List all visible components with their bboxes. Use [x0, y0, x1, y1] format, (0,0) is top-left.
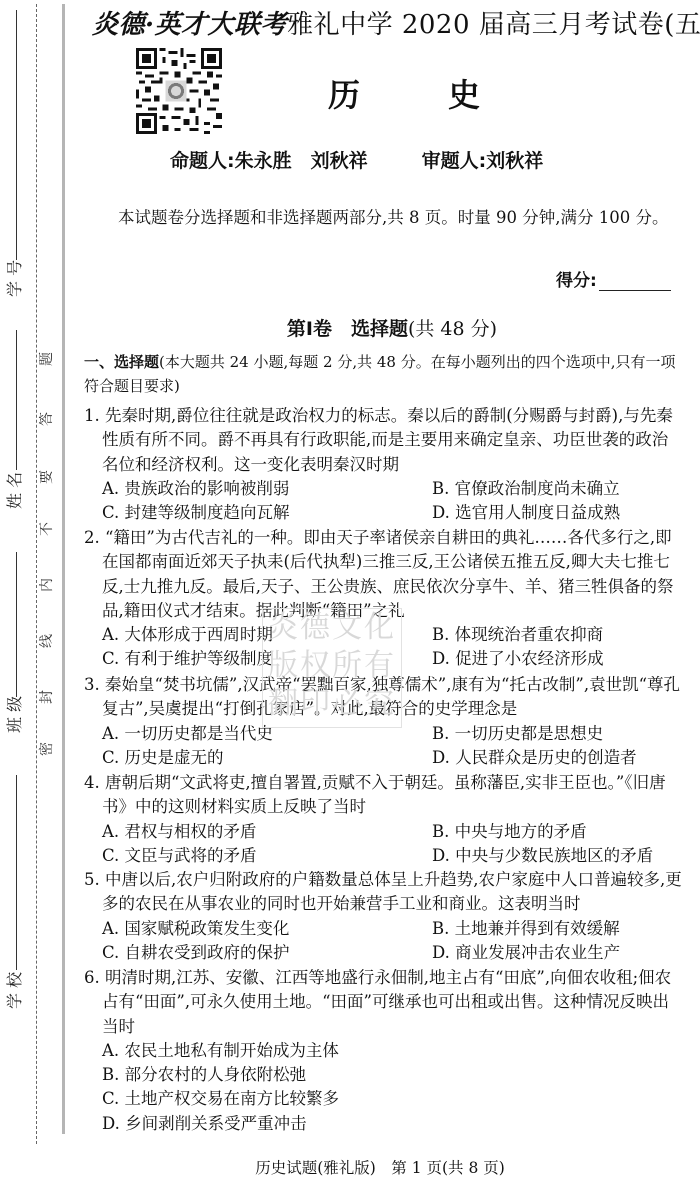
qr-code-icon	[136, 48, 222, 134]
question-stem: 1. 先秦时期,爵位往往就是政治权力的标志。秦以后的爵制(分赐爵与封爵),与先秦…	[84, 404, 684, 477]
subject-char: 史	[448, 70, 480, 116]
option-b: B. 体现统治者重农抑商	[432, 623, 700, 647]
option-c: C. 自耕农受到政府的保护	[102, 941, 432, 965]
seal-char: 密	[40, 740, 54, 758]
option-d: D. 商业发展冲击农业生产	[432, 941, 700, 965]
field-line-class	[16, 552, 17, 697]
field-line-name	[16, 330, 17, 470]
watermark-line: 炎德文化	[263, 609, 401, 647]
cut-line	[36, 4, 37, 1144]
watermark-line: 版权所有	[263, 647, 401, 685]
question-stem: 5. 中唐以后,农户归附政府的户籍数量总体呈上升趋势,农户家庭中人口普遍较多,更…	[84, 868, 684, 917]
option-b: B. 中央与地方的矛盾	[432, 820, 700, 844]
binding-border	[62, 4, 65, 1134]
option-d: D. 选官用人制度日益成熟	[432, 501, 700, 525]
option-a: A. 君权与相权的矛盾	[102, 820, 432, 844]
reviewer-names: 审题人:刘秋祥	[422, 146, 544, 173]
question-4: 4. 唐朝后期“文武将吏,擅自署置,贡赋不入于朝廷。虽称藩臣,实非王臣也。”《旧…	[84, 771, 684, 868]
seal-char: 要	[40, 468, 54, 486]
option-b: B. 官僚政治制度尚未确立	[432, 477, 700, 501]
seal-char: 线	[40, 632, 54, 650]
option-d: D. 中央与少数民族地区的矛盾	[432, 844, 700, 868]
field-label-class: 班 级	[7, 707, 23, 733]
page-footer: 历史试题(雅礼版) 第 1 页(共 8 页)	[0, 1156, 700, 1178]
score-blank[interactable]	[599, 272, 671, 291]
field-label-student-id: 学 号	[7, 271, 23, 297]
option-b: B. 一切历史都是思想史	[432, 722, 700, 746]
option-c: C. 文臣与武将的矛盾	[102, 844, 432, 868]
question-stem: 4. 唐朝后期“文武将吏,擅自署置,贡赋不入于朝廷。虽称藩臣,实非王臣也。”《旧…	[84, 771, 684, 820]
score-field: 得分:	[556, 266, 671, 291]
option-c: C. 土地产权交易在南方比较繁多	[102, 1087, 700, 1111]
question-1: 1. 先秦时期,爵位往往就是政治权力的标志。秦以后的爵制(分赐爵与封爵),与先秦…	[84, 404, 684, 525]
section-instructions: 一、选择题(本大题共 24 小题,每题 2 分,共 48 分。在每小题列出的四个…	[84, 350, 684, 398]
instr-text: (本大题共 24 小题,每题 2 分,共 48 分。在每小题列出的四个选项中,只…	[84, 353, 676, 395]
option-b: B. 部分农村的人身依附松弛	[102, 1063, 700, 1087]
section-title: 第Ⅰ卷 选择题(共 48 分)	[0, 314, 700, 341]
option-a: A. 贵族政治的影响被削弱	[102, 477, 432, 501]
score-label: 得分:	[556, 271, 597, 291]
option-d: D. 促进了小农经济形成	[432, 647, 700, 671]
section-title-bold: 第Ⅰ卷 选择题	[287, 318, 408, 340]
exam-name: 雅礼中学 2020 届高三月考试卷(五)	[287, 10, 700, 40]
option-a: A. 农民土地私有制开始成为主体	[102, 1039, 700, 1063]
option-c: C. 封建等级制度趋向瓦解	[102, 501, 432, 525]
option-c: C. 历史是虚无的	[102, 746, 432, 770]
question-stem: 6. 明清时期,江苏、安徽、江西等地盛行永佃制,地主占有“田底”,向佃农收租;佃…	[84, 966, 684, 1039]
question-5: 5. 中唐以后,农户归附政府的户籍数量总体呈上升趋势,农户家庭中人口普遍较多,更…	[84, 868, 684, 965]
exam-intro: 本试题卷分选择题和非选择题两部分,共 8 页。时量 90 分钟,满分 100 分…	[84, 206, 684, 230]
field-label-school: 学 校	[7, 983, 23, 1009]
option-b: B. 土地兼并得到有效缓解	[432, 917, 700, 941]
seal-char: 答	[40, 410, 54, 428]
seal-char: 封	[40, 688, 54, 706]
field-line-school	[16, 775, 17, 970]
watermark-line: 翻印必究	[263, 685, 401, 723]
author-names: 命题人:朱永胜 刘秋祥	[170, 146, 368, 173]
seal-char: 不	[40, 520, 54, 538]
option-d: D. 人民群众是历史的创造者	[432, 746, 700, 770]
exam-brand: 炎德·英才大联考	[92, 10, 287, 40]
authors: 命题人:朱永胜 刘秋祥审题人:刘秋祥	[170, 146, 543, 173]
field-line-student-id	[16, 10, 17, 260]
option-d: D. 乡间剥削关系受严重冲击	[102, 1112, 700, 1136]
subject-char: 历	[328, 70, 360, 116]
seal-char: 内	[40, 576, 54, 594]
copyright-watermark: 炎德文化 版权所有 翻印必究	[262, 608, 402, 728]
seal-char: 题	[40, 350, 54, 368]
section-title-points: (共 48 分)	[408, 318, 497, 340]
option-a: A. 国家赋税政策发生变化	[102, 917, 432, 941]
exam-title: 炎德·英才大联考雅礼中学 2020 届高三月考试卷(五)	[92, 4, 700, 41]
instr-heading: 一、选择题	[84, 353, 159, 371]
field-label-name: 姓 名	[7, 483, 23, 509]
question-6: 6. 明清时期,江苏、安徽、江西等地盛行永佃制,地主占有“田底”,向佃农收租;佃…	[84, 966, 684, 1136]
